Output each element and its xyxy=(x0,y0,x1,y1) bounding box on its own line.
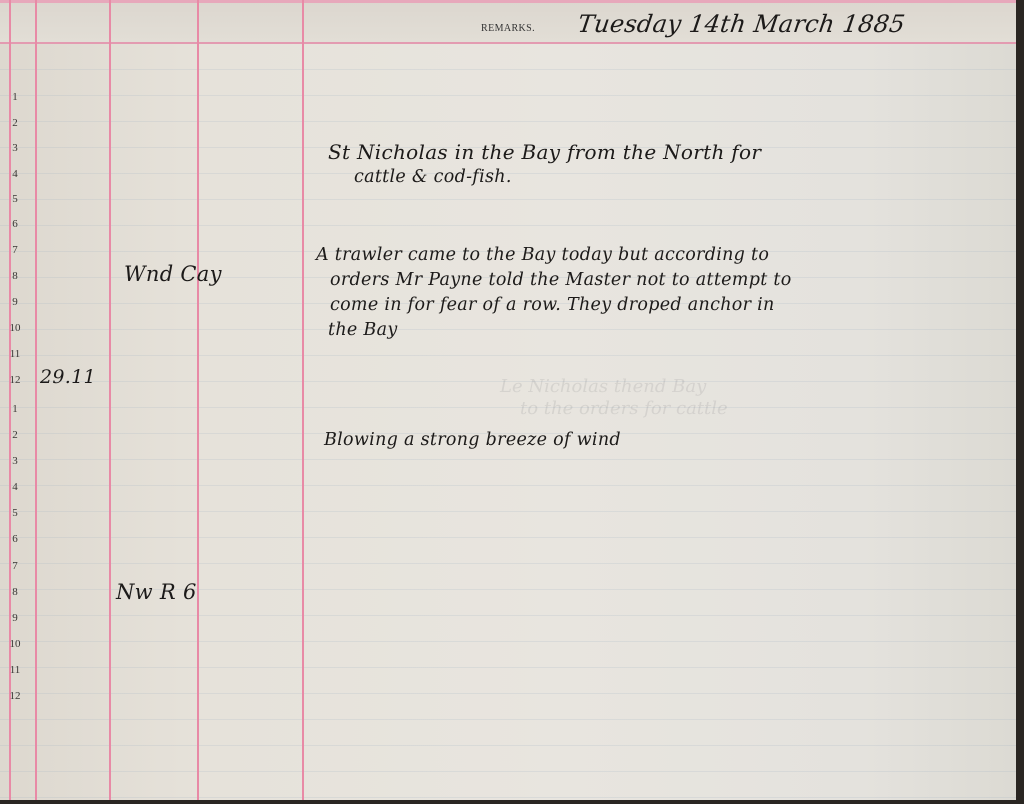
remark-entry: A trawler came to the Bay today but acco… xyxy=(316,243,792,343)
column-rule-time xyxy=(109,0,111,800)
hour-marker: 9 xyxy=(0,296,30,308)
hour-marker: 12 xyxy=(0,690,30,702)
remark-line: cattle & cod-fish. xyxy=(328,165,761,190)
hour-marker: 10 xyxy=(0,322,30,334)
hour-marker: 7 xyxy=(0,560,30,572)
hour-marker: 10 xyxy=(0,638,30,650)
remarks-heading: Remarks. xyxy=(481,23,535,34)
hour-marker: 9 xyxy=(0,612,30,624)
wind-note: Wnd Cay xyxy=(124,262,222,286)
hour-marker: 3 xyxy=(0,142,30,154)
remark-line: come in for fear of a row. They droped a… xyxy=(316,293,792,318)
column-rule-remarks xyxy=(302,0,304,800)
column-rule-hours xyxy=(35,0,37,800)
ledger-page: Remarks. Tuesday 14th March 1885 Le Nich… xyxy=(0,0,1016,800)
hour-marker: 1 xyxy=(0,91,30,103)
hour-marker: 4 xyxy=(0,168,30,180)
hour-marker: 12 xyxy=(0,374,30,386)
hour-marker: 4 xyxy=(0,481,30,493)
hour-marker: 1 xyxy=(0,403,30,415)
column-rule-wind xyxy=(197,0,199,800)
hour-marker: 6 xyxy=(0,218,30,230)
hour-marker: 5 xyxy=(0,193,30,205)
barometer-reading: 29.11 xyxy=(40,366,96,388)
hour-marker: 11 xyxy=(0,664,30,676)
bleed-through-text: to the orders for cattle xyxy=(520,398,728,419)
remark-line: Blowing a strong breeze of wind xyxy=(324,428,621,453)
hour-marker: 11 xyxy=(0,348,30,360)
remark-line: orders Mr Payne told the Master not to a… xyxy=(316,268,792,293)
hour-marker: 2 xyxy=(0,117,30,129)
remark-entry: Blowing a strong breeze of wind xyxy=(324,428,621,453)
remark-line: A trawler came to the Bay today but acco… xyxy=(316,243,792,268)
remark-line: St Nicholas in the Bay from the North fo… xyxy=(328,140,761,165)
hour-marker: 2 xyxy=(0,429,30,441)
hour-marker: 5 xyxy=(0,507,30,519)
remark-line: the Bay xyxy=(316,318,792,343)
hour-marker: 6 xyxy=(0,533,30,545)
hour-marker: 3 xyxy=(0,455,30,467)
remark-entry: St Nicholas in the Bay from the North fo… xyxy=(328,140,761,190)
hour-marker: 7 xyxy=(0,244,30,256)
wind-note: Nw R 6 xyxy=(116,580,197,604)
hour-marker: 8 xyxy=(0,586,30,598)
hour-marker: 8 xyxy=(0,270,30,282)
bleed-through-text: Le Nicholas thend Bay xyxy=(500,376,706,397)
entry-date: Tuesday 14th March 1885 xyxy=(576,10,907,38)
